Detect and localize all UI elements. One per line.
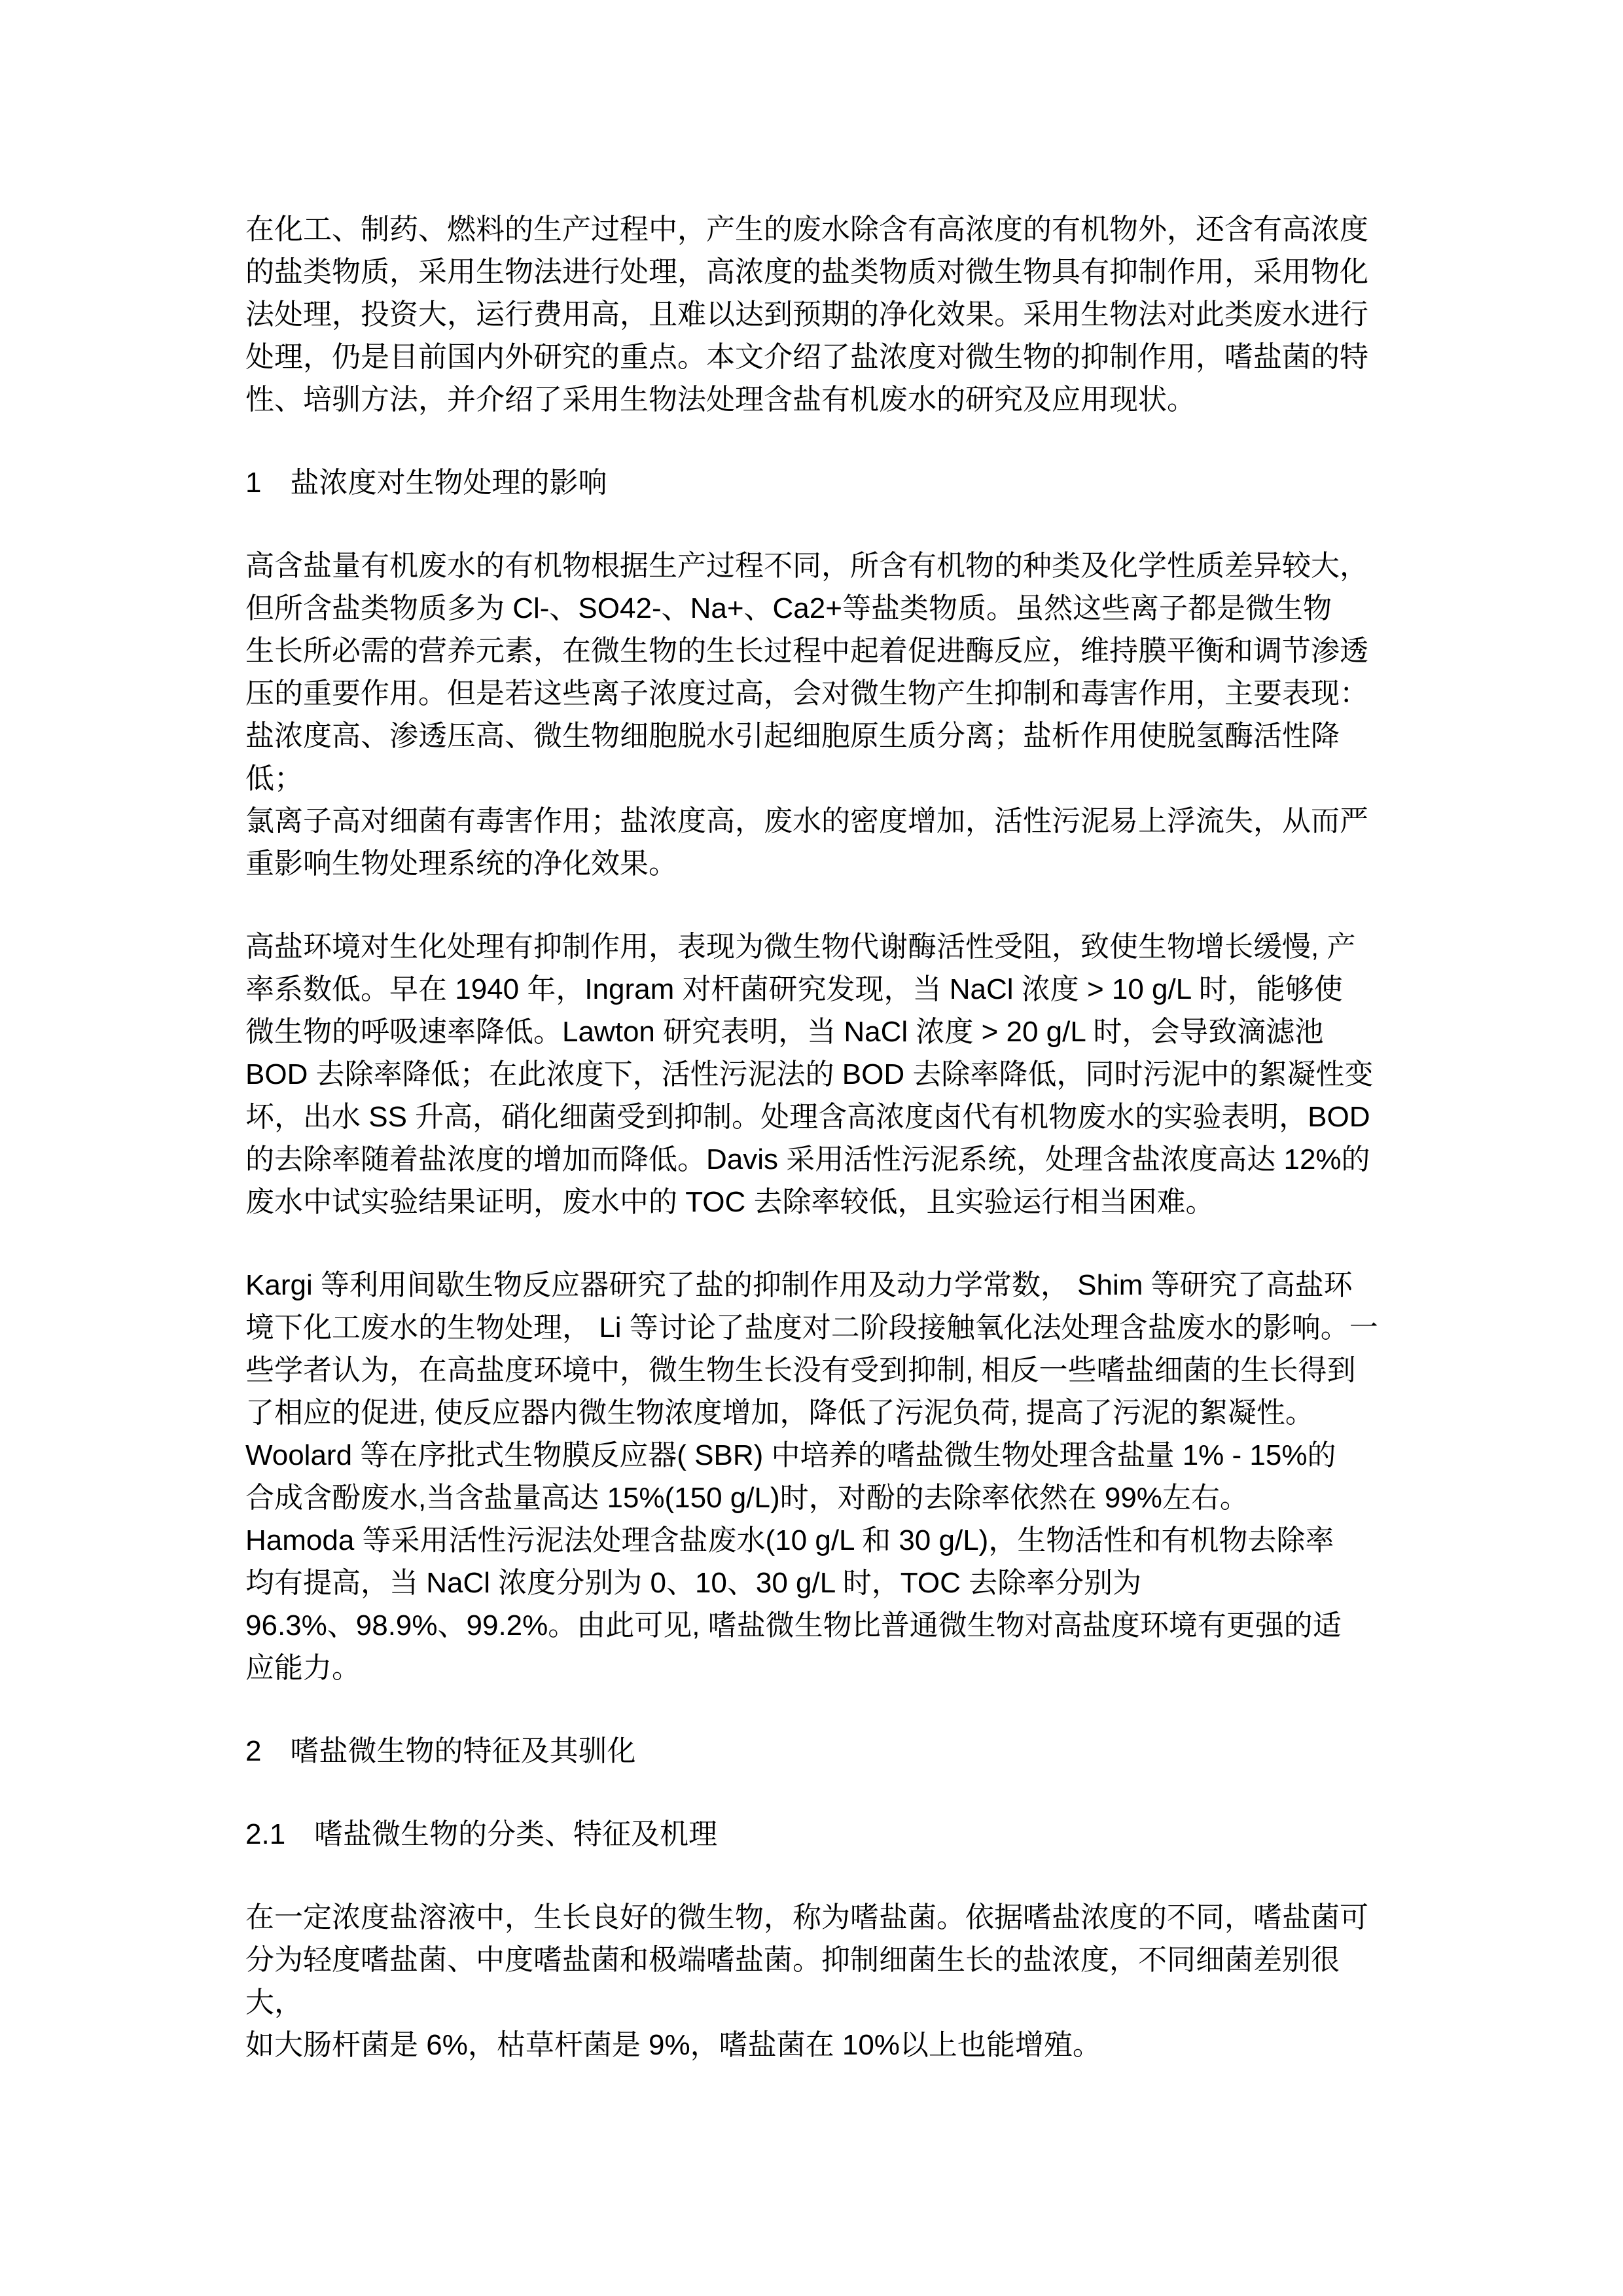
document-body: 在化工、制药、燃料的生产过程中，产生的废水除含有高浓度的有机物外，还含有高浓度 …: [245, 208, 1384, 2066]
paragraph-halophile-definition: 在一定浓度盐溶液中，生长良好的微生物，称为嗜盐菌。依据嗜盐浓度的不同，嗜盐菌可 …: [245, 1896, 1384, 2066]
heading-section-1-salt-concentration-effect: 1 盐浓度对生物处理的影响: [245, 461, 1384, 504]
paragraph-researcher-findings: Kargi 等利用间歇生物反应器研究了盐的抑制作用及动力学常数， Shim 等研…: [245, 1264, 1384, 1689]
heading-section-2-1-halophile-classification: 2.1 嗜盐微生物的分类、特征及机理: [245, 1813, 1384, 1856]
paragraph-high-salt-inhibition-studies: 高盐环境对生化处理有抑制作用，表现为微生物代谢酶活性受阻，致使生物增长缓慢, 产…: [245, 925, 1384, 1223]
paragraph-intro: 在化工、制药、燃料的生产过程中，产生的废水除含有高浓度的有机物外，还含有高浓度 …: [245, 208, 1384, 421]
document-page: 在化工、制药、燃料的生产过程中，产生的废水除含有高浓度的有机物外，还含有高浓度 …: [0, 0, 1623, 2296]
paragraph-salt-ions-overview: 高含盐量有机废水的有机物根据生产过程不同，所含有机物的种类及化学性质差异较大， …: [245, 545, 1384, 885]
heading-section-2-halophile-characteristics: 2 嗜盐微生物的特征及其驯化: [245, 1730, 1384, 1772]
